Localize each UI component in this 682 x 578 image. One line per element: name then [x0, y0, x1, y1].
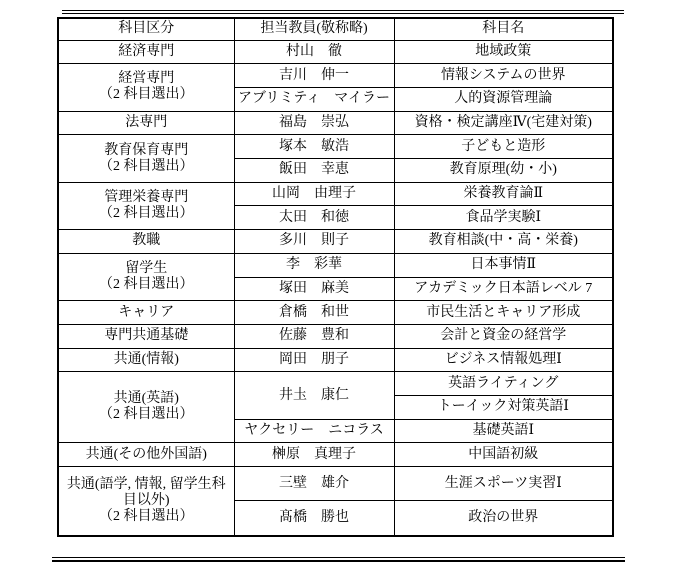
category-cell: 経営専門 （2 科目選出） [58, 64, 234, 111]
subject-cell: 会計と資金の経営学 [394, 324, 613, 348]
category-cell: 教育保育専門 （2 科目選出） [58, 135, 234, 182]
table-row: 共通(その他外国語) 榊原 真理子 中国語初級 [58, 443, 613, 467]
subject-cell: 情報システムの世界 [394, 64, 613, 88]
table-row: キャリア 倉橋 和世 市民生活とキャリア形成 [58, 301, 613, 325]
subject-cell: 食品学実験Ⅰ [394, 206, 613, 230]
header-cell-subject: 科目名 [394, 18, 613, 40]
teacher-cell: 吉川 伸一 [234, 64, 394, 88]
subject-cell: 生涯スポーツ実習Ⅰ [394, 467, 613, 501]
teacher-cell: 李 彩華 [234, 253, 394, 277]
teacher-cell: 三壁 雄介 [234, 467, 394, 501]
table-row: 共通(英語) （2 科目選出） 井圡 康仁 英語ライティング [58, 372, 613, 396]
subject-cell: 基礎英語Ⅰ [394, 419, 613, 443]
category-cell: 共通(その他外国語) [58, 443, 234, 467]
category-cell: 教職 [58, 230, 234, 254]
teacher-cell: 村山 徹 [234, 40, 394, 64]
category-cell: キャリア [58, 301, 234, 325]
subject-cell: ビジネス情報処理Ⅰ [394, 348, 613, 372]
teacher-cell: 福島 崇弘 [234, 111, 394, 135]
table-row: 経済専門 村山 徹 地域政策 [58, 40, 613, 64]
teacher-cell: 多川 則子 [234, 230, 394, 254]
subject-cell: 教育相談(中・高・栄養) [394, 230, 613, 254]
subject-cell: 教育原理(幼・小) [394, 159, 613, 183]
teacher-cell: 塚田 麻美 [234, 277, 394, 301]
table-row: 共通(語学, 情報, 留学生科 目以外) （2 科目選出） 三壁 雄介 生涯スポ… [58, 467, 613, 501]
category-cell: 共通(英語) （2 科目選出） [58, 372, 234, 443]
subject-cell: 市民生活とキャリア形成 [394, 301, 613, 325]
teacher-cell: 太田 和徳 [234, 206, 394, 230]
teacher-cell: 髙橋 勝也 [234, 501, 394, 536]
header-cell-teacher: 担当教員(敬称略) [234, 18, 394, 40]
teacher-cell: 塚本 敏浩 [234, 135, 394, 159]
category-cell: 管理栄養専門 （2 科目選出） [58, 182, 234, 229]
category-cell: 共通(情報) [58, 348, 234, 372]
table-row: 教職 多川 則子 教育相談(中・高・栄養) [58, 230, 613, 254]
teacher-cell: 飯田 幸恵 [234, 159, 394, 183]
subject-cell: 人的資源管理論 [394, 87, 613, 111]
teacher-cell: 山岡 由理子 [234, 182, 394, 206]
category-cell: 専門共通基礎 [58, 324, 234, 348]
top-double-rule [62, 10, 624, 14]
teacher-cell: ヤクセリー ニコラス [234, 419, 394, 443]
table-row: 共通(情報) 岡田 朋子 ビジネス情報処理Ⅰ [58, 348, 613, 372]
category-cell: 共通(語学, 情報, 留学生科 目以外) （2 科目選出） [58, 467, 234, 536]
teacher-cell: 井圡 康仁 [234, 372, 394, 419]
teacher-cell: 佐藤 豊和 [234, 324, 394, 348]
subject-cell: アカデミック日本語レベル 7 [394, 277, 613, 301]
header-cell-category: 科目区分 [58, 18, 234, 40]
teacher-cell: 倉橋 和世 [234, 301, 394, 325]
category-cell: 法専門 [58, 111, 234, 135]
subject-cell: 資格・検定講座Ⅳ(宅建対策) [394, 111, 613, 135]
subject-cell: 地域政策 [394, 40, 613, 64]
table-row: 教育保育専門 （2 科目選出） 塚本 敏浩 子どもと造形 [58, 135, 613, 159]
teacher-cell: アブリミティ マイラー [234, 87, 394, 111]
table-row: 専門共通基礎 佐藤 豊和 会計と資金の経営学 [58, 324, 613, 348]
subject-cell: 日本事情Ⅱ [394, 253, 613, 277]
category-cell: 留学生 （2 科目選出） [58, 253, 234, 300]
bottom-double-rule [52, 557, 625, 562]
header-row: 科目区分 担当教員(敬称略) 科目名 [58, 18, 613, 40]
table-row: 留学生 （2 科目選出） 李 彩華 日本事情Ⅱ [58, 253, 613, 277]
subject-cell: 英語ライティング [394, 372, 613, 396]
category-cell: 経済専門 [58, 40, 234, 64]
course-table: 科目区分 担当教員(敬称略) 科目名 経済専門 村山 徹 地域政策 経営専門 （… [57, 17, 614, 537]
subject-cell: 子どもと造形 [394, 135, 613, 159]
subject-cell: 中国語初級 [394, 443, 613, 467]
subject-cell: 政治の世界 [394, 501, 613, 536]
subject-cell: 栄養教育論Ⅱ [394, 182, 613, 206]
table-row: 管理栄養専門 （2 科目選出） 山岡 由理子 栄養教育論Ⅱ [58, 182, 613, 206]
teacher-cell: 榊原 真理子 [234, 443, 394, 467]
table-row: 法専門 福島 崇弘 資格・検定講座Ⅳ(宅建対策) [58, 111, 613, 135]
subject-cell: トーイック対策英語Ⅰ [394, 396, 613, 420]
teacher-cell: 岡田 朋子 [234, 348, 394, 372]
table-row: 経営専門 （2 科目選出） 吉川 伸一 情報システムの世界 [58, 64, 613, 88]
